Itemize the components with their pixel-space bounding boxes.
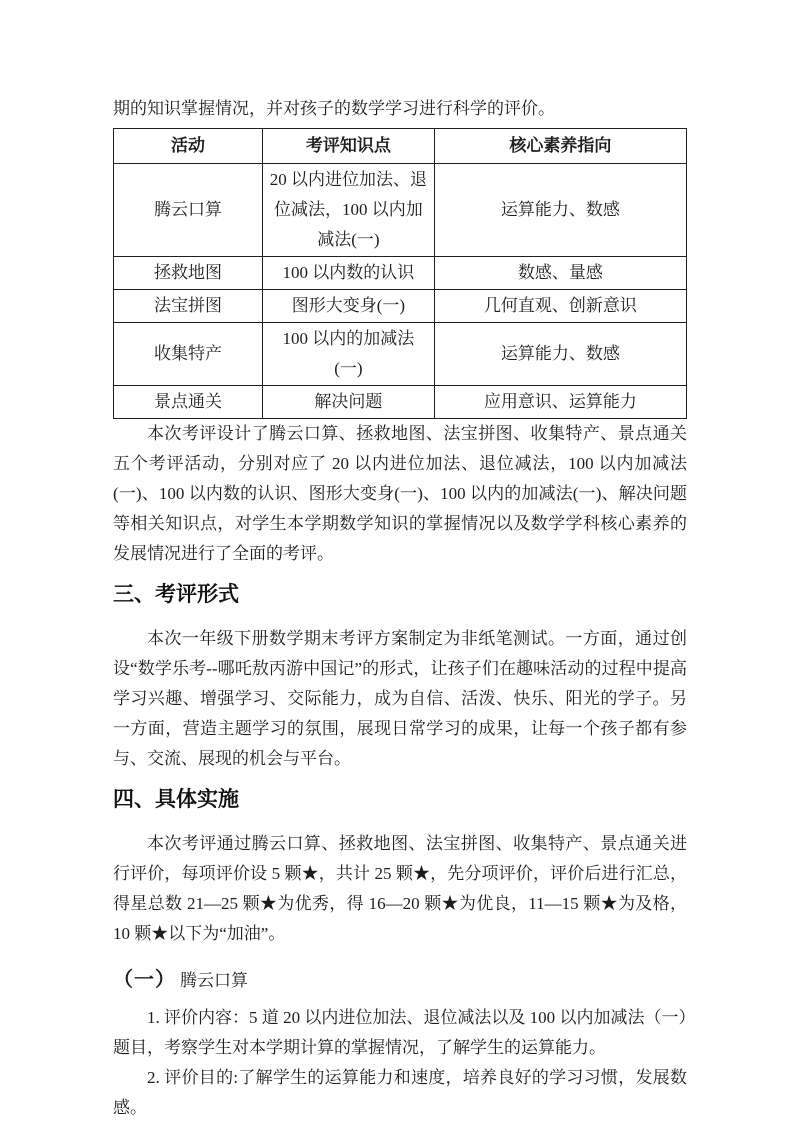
paragraph-continuation-line: 期的知识掌握情况，并对孩子的数学学习进行科学的评价。 xyxy=(113,94,687,124)
cell-knowledge: 解决问题 xyxy=(262,386,434,419)
table-header-competency: 核心素养指向 xyxy=(434,129,686,164)
table-row: 景点通关 解决问题 应用意识、运算能力 xyxy=(114,386,687,419)
section4-heading: 四、具体实施 xyxy=(113,785,687,814)
cell-competency: 运算能力、数感 xyxy=(434,323,686,386)
section4-paragraph: 本次考评通过腾云口算、拯救地图、法宝拼图、收集特产、景点通关进行评价，每项评价设… xyxy=(113,829,687,949)
section3-heading: 三、考评形式 xyxy=(113,580,687,609)
cell-competency: 运算能力、数感 xyxy=(434,164,686,257)
table-row: 法宝拼图 图形大变身(一) 几何直观、创新意识 xyxy=(114,290,687,323)
overview-paragraph: 本次考评设计了腾云口算、拯救地图、法宝拼图、收集特产、景点通关五个考评活动，分别… xyxy=(113,419,687,569)
section3-paragraph: 本次一年级下册数学期末考评方案制定为非纸笔测试。一方面，通过创设“数学乐考--哪… xyxy=(113,624,687,774)
subsection1-item2: 2. 评价目的:了解学生的运算能力和速度，培养良好的学习习惯，发展数感。 xyxy=(113,1063,687,1122)
table-row: 拯救地图 100 以内数的认识 数感、量感 xyxy=(114,257,687,290)
table-header-row: 活动 考评知识点 核心素养指向 xyxy=(114,129,687,164)
cell-activity: 收集特产 xyxy=(114,323,263,386)
table-header-activity: 活动 xyxy=(114,129,263,164)
cell-activity: 腾云口算 xyxy=(114,164,263,257)
document-content: 期的知识掌握情况，并对孩子的数学学习进行科学的评价。 活动 考评知识点 核心素养… xyxy=(113,94,687,1122)
cell-competency: 几何直观、创新意识 xyxy=(434,290,686,323)
document-page: 期的知识掌握情况，并对孩子的数学学习进行科学的评价。 活动 考评知识点 核心素养… xyxy=(0,0,793,1122)
table-row: 腾云口算 20 以内进位加法、退位减法，100 以内加减法(一) 运算能力、数感 xyxy=(114,164,687,257)
assessment-activities-table: 活动 考评知识点 核心素养指向 腾云口算 20 以内进位加法、退位减法，100 … xyxy=(113,128,687,419)
subsection1-title: 腾云口算 xyxy=(180,971,248,990)
cell-competency: 数感、量感 xyxy=(434,257,686,290)
cell-knowledge: 20 以内进位加法、退位减法，100 以内加减法(一) xyxy=(262,164,434,257)
table-header-knowledge: 考评知识点 xyxy=(262,129,434,164)
cell-knowledge: 100 以内的加减法(一) xyxy=(262,323,434,386)
cell-activity: 法宝拼图 xyxy=(114,290,263,323)
cell-activity: 拯救地图 xyxy=(114,257,263,290)
cell-competency: 应用意识、运算能力 xyxy=(434,386,686,419)
cell-knowledge: 100 以内数的认识 xyxy=(262,257,434,290)
cell-activity: 景点通关 xyxy=(114,386,263,419)
subsection1-heading: （一）腾云口算 xyxy=(113,964,687,997)
cell-knowledge: 图形大变身(一) xyxy=(262,290,434,323)
subsection1-number: （一） xyxy=(113,967,176,991)
subsection1-item1: 1. 评价内容：5 道 20 以内进位加法、退位减法以及 100 以内加减法（一… xyxy=(113,1003,687,1063)
table-row: 收集特产 100 以内的加减法(一) 运算能力、数感 xyxy=(114,323,687,386)
